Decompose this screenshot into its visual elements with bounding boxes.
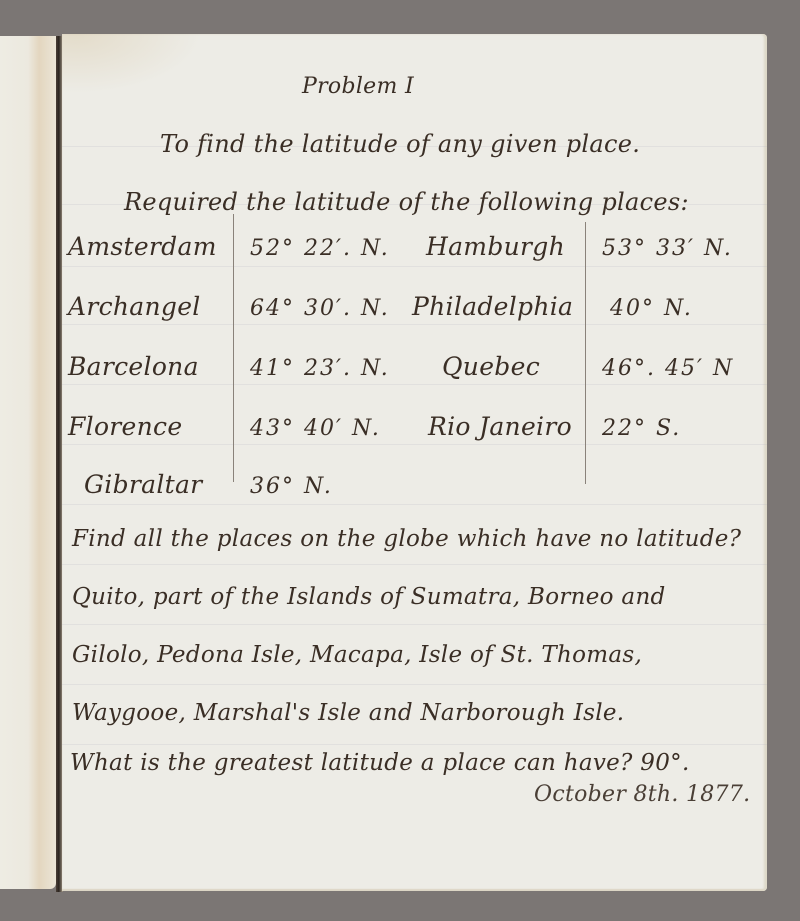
notebook-page: Problem I To find the latitude of any gi… xyxy=(62,34,767,891)
question-greatest-latitude: What is the greatest latitude a place ca… xyxy=(70,750,690,776)
answer-line: Waygooe, Marshal's Isle and Narborough I… xyxy=(72,700,624,726)
latitude-value: 36° N. xyxy=(250,474,333,499)
ruled-line xyxy=(62,744,767,745)
problem-intro: Required the latitude of the following p… xyxy=(124,188,689,216)
table-row: Barcelona 41° 23′. N. Quebec 46°. 45′ N xyxy=(62,352,767,402)
place-name: Quebec xyxy=(442,352,540,381)
entry-date: October 8th. 1877. xyxy=(534,782,750,807)
question-no-latitude: Find all the places on the globe which h… xyxy=(72,526,741,552)
latitude-value: 22° S. xyxy=(602,416,681,441)
place-name: Florence xyxy=(68,412,182,441)
latitude-value: 64° 30′. N. xyxy=(250,296,390,321)
page-title: Problem I xyxy=(302,74,414,99)
place-name: Rio Janeiro xyxy=(428,412,572,441)
answer-line: Gilolo, Pedona Isle, Macapa, Isle of St.… xyxy=(72,642,642,668)
place-name: Gibraltar xyxy=(84,470,202,499)
problem-heading: To find the latitude of any given place. xyxy=(160,130,640,158)
place-name: Archangel xyxy=(68,292,201,321)
ruled-line xyxy=(62,624,767,625)
latitude-value: 46°. 45′ N xyxy=(602,356,734,381)
table-row: Florence 43° 40′ N. Rio Janeiro 22° S. xyxy=(62,412,767,462)
latitude-value: 52° 22′. N. xyxy=(250,236,390,261)
facing-left-page xyxy=(0,36,56,889)
table-row: Gibraltar 36° N. xyxy=(62,470,767,520)
place-name: Philadelphia xyxy=(412,292,573,321)
latitude-value: 41° 23′. N. xyxy=(250,356,390,381)
place-name: Hamburgh xyxy=(426,232,565,261)
table-row: Archangel 64° 30′. N. Philadelphia 40° N… xyxy=(62,292,767,342)
ruled-line xyxy=(62,684,767,685)
latitude-value: 43° 40′ N. xyxy=(250,416,381,441)
ruled-line xyxy=(62,564,767,565)
latitude-value: 40° N. xyxy=(610,296,693,321)
answer-line: Quito, part of the Islands of Sumatra, B… xyxy=(72,584,666,610)
table-row: Amsterdam 52° 22′. N. Hamburgh 53° 33′ N… xyxy=(62,232,767,282)
place-name: Barcelona xyxy=(68,352,199,381)
latitude-value: 53° 33′ N. xyxy=(602,236,733,261)
place-name: Amsterdam xyxy=(68,232,217,261)
